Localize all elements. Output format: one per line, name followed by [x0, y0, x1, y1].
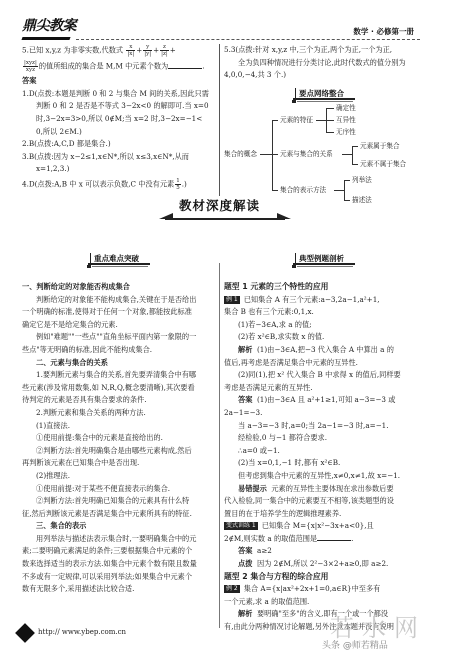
paragraph-line: ①使用前提:集合中的元素是直接给出的. [22, 432, 216, 445]
paragraph-line: 征,然后判断该元素是否满足集合中元素所具有的特征. [22, 508, 216, 521]
header-dotted-rule [76, 39, 420, 40]
paragraph-line: ∴a=0 或−1. [224, 445, 430, 458]
answer-line: 时,3−2x=3>0,所以 0∉M;当 x=2 时,3−2x=−1< [22, 113, 216, 126]
tree-leaf: 元素不属于集合 [360, 160, 406, 169]
paragraph-line: 些元素(涉及常用数集,如 N,R,Q,概念要清晰),其次要看 [22, 382, 216, 395]
fraction-x: x|x| [126, 44, 135, 57]
question-5-cont: |xyz|xyz的值所组成的集合是 M,M 中元素个数为. [22, 60, 216, 73]
watermark-sub: 头条 @师若精品 [322, 640, 388, 653]
paragraph-line: 待判定的元素是否具有集合要求的条件. [22, 394, 216, 407]
type-1-heading: 题型 1 元素的三个特性的应用 [224, 281, 430, 294]
answer-line: 3.B(点拨:因为 x−2≤1,x∈N*,所以 x≤3,x∈N*,从而 [22, 151, 216, 164]
paragraph-line: 素;二要明确元素满足的条件;三要根据集合中元素的个 [22, 545, 216, 558]
answer-line: 判断 0 和 2 是否是不等式 3−2x<0 的解即可.当 x=0 [22, 100, 216, 113]
paragraph-line: (2)同(1),把 x² 代入集合 B 中求得 x 的值后,同样要 [224, 369, 430, 382]
brand-logo: 鼎尖教案 [22, 20, 76, 33]
practice-tag: 变式训练 1 [224, 522, 258, 530]
practice-1: 变式训练 1已知集合 M={x|x²−3x+a<0},且 [224, 520, 430, 533]
heading-3: 三、集合的表示 [22, 520, 216, 533]
section-title: 教材深度解读 [179, 200, 260, 213]
watermark: 若水网 [330, 622, 426, 635]
example-tag: 例 2 [224, 585, 240, 593]
column-divider-top [219, 44, 220, 196]
analysis-1: 解析 (1)由−3∈A,把−3 代入集合 A 中算出 a 的 [224, 344, 430, 357]
banner-key-network: 要点网络整合 [293, 88, 363, 104]
tree-root: 集合的概念 [224, 150, 257, 159]
top-left-column: 5.已知 x,y,z 为非零实数,代数式 x|x|+y|y|+z|z|+ |xy… [22, 44, 216, 191]
fraction-xyz: |xyz|xyz [23, 60, 38, 73]
paragraph-line: 集合 B 也有三个元素:0,1,x. [224, 306, 430, 319]
answer-5-line: 全为负四种情况进行分类讨论,此时代数式的值分别为 [224, 57, 430, 70]
paragraph-line: 考虑是否满足元素的互异性. [224, 382, 430, 395]
paragraph-line: 些点"等无明确的标准,因此不能构成集合. [22, 344, 216, 357]
paragraph-line: 当 a−3=−3 时,a=0;当 2a−1=−3 时,a=−1. [224, 420, 430, 433]
paragraph-line: 一个元素,求 a 的取值范围. [224, 596, 430, 609]
section-banner: 教材深度解读 [165, 199, 285, 221]
method-heading: (2)推理法. [22, 470, 216, 483]
answer-line: 2.B(点拨:A,C,D 都是集合.) [22, 138, 216, 151]
paragraph-line: 例如"难题""一些点""直角坐标平面内第一象限的一 [22, 331, 216, 344]
tree-leaf: 列举法 [352, 176, 372, 185]
answer-blank [317, 533, 351, 541]
paragraph-line: 代入检验,同一集合中的元素要互不相等,该类题型的设 [224, 495, 430, 508]
tree-branch-relation: 元素与集合的关系 [280, 150, 333, 159]
answer-5-line: 4,0,0,−4,共 3 个.) [224, 69, 430, 82]
paragraph-line: 再判断该元素在已知集合中是否出现. [22, 457, 216, 470]
paragraph-line: 判断给定的对象能不能构成集合,关键在于是否给出 [22, 294, 216, 307]
question-line: (1)若−3∈A,求 a 的值; [224, 319, 430, 332]
answer-line: x=1,2,3.) [22, 163, 216, 176]
paragraph-line: 但考虑到集合中元素的互异性,x≠0,x≠1,故 x=−1. [224, 470, 430, 483]
tree-leaf: 描述法 [352, 196, 372, 205]
diamond-icon [15, 623, 35, 643]
paragraph-line: 数有无限多个,采用描述法比较合适. [22, 583, 216, 596]
book-title: 数学 · 必修第一册 [353, 26, 414, 39]
paragraph-line: ②判断方法:首先明确已知集合的元素具有什么特 [22, 495, 216, 508]
column-divider-bottom [219, 263, 220, 628]
example-1: 例 1已知集合 A 有三个元素:a−3,2a−1,a²+1, [224, 294, 430, 307]
left-column-body: 一、判断给定的对象能否构成集合 判断给定的对象能不能构成集合,关键在于是否给出 … [22, 281, 216, 596]
right-column-body: 题型 1 元素的三个特性的应用 例 1已知集合 A 有三个元素:a−3,2a−1… [224, 281, 430, 634]
answer-5-line: 5.3(点拨:针对 x,y,z 中,三个为正,两个为正,一个为正, [224, 44, 430, 57]
heading-1: 一、判断给定的对象能否构成集合 [22, 281, 216, 294]
paragraph-line: 确定它是不是给定集合的元素. [22, 319, 216, 332]
fraction-y: y|y| [143, 44, 152, 57]
tree-leaf: 确定性 [336, 104, 356, 113]
answer-line: 0,所以 2∈M.) [22, 126, 216, 139]
paragraph-line: 值后,再考虑是否满足集合中元素的互异性. [224, 357, 430, 370]
tree-leaf: 元素属于集合 [360, 142, 400, 151]
question-5: 5.已知 x,y,z 为非零实数,代数式 x|x|+y|y|+z|z|+ [22, 44, 216, 57]
answer-1: 答案 (1)由−3∈A 且 a²+1≥1,可知 a−3=−3 或 [224, 394, 430, 407]
brand-underline [21, 37, 70, 40]
paragraph-line: 数来选择适当的表示方法.如集合中元素个数有限且数量 [22, 558, 216, 571]
fraction-one-fifth: 15 [175, 178, 181, 191]
tree-branch-features: 元素的特征 [280, 116, 313, 125]
example-2: 例 2集合 A={x|ax²+2x+1=0,a∈R}中至多有 [224, 583, 430, 596]
example-tag: 例 1 [224, 296, 240, 304]
tree-leaf: 互异性 [336, 116, 356, 125]
top-right-column: 5.3(点拨:针对 x,y,z 中,三个为正,两个为正,一个为正, 全为负四种情… [224, 44, 430, 82]
paragraph-line: 置目的在于培养学生的逻辑推理素养. [224, 508, 430, 521]
footer-url[interactable]: http:// www.ybep.com.cn [38, 626, 126, 639]
paragraph-line: 1.要判断元素与集合的关系,首先要弄清集合中有哪 [22, 369, 216, 382]
heading-2: 二、元素与集合的关系 [22, 357, 216, 370]
answer-blank [168, 61, 202, 69]
practice-point: 点拨 因为 2∉M,所以 2²−3×2+a≥0,即 a≥2. [224, 558, 430, 571]
question-line: (2)若 x²∈B,求实数 x 的值. [224, 331, 430, 344]
paragraph-line: ②判断方法:首先明确集合是由哪些元素构成,然后 [22, 445, 216, 458]
paragraph-line: 一个明确的标准,使得对于任何一个对象,都能按此标准 [22, 306, 216, 319]
type-2-heading: 题型 2 集合与方程的综合应用 [224, 571, 430, 584]
paragraph-line: (2)当 x=0,1,−1 时,都有 x²∈B. [224, 457, 430, 470]
paragraph-line: ①使用前提:对于某些不便直接表示的集合. [22, 483, 216, 496]
paragraph-line: 经检验,0 与−1 都符合要求. [224, 432, 430, 445]
practice-answer: 答案 a≥2 [224, 545, 430, 558]
tree-branch-representation: 集合的表示方法 [280, 186, 326, 195]
tip: 易错提示 元素的互异性主要体现在求出参数后要 [224, 483, 430, 496]
paragraph-line: 不多或有一定规律,可以采用列举法;如果集合中元素个 [22, 571, 216, 584]
answer-line: 1.D(点拨:本题是判断 0 和 2 与集合 M 间的关系,因此只需 [22, 88, 216, 101]
tree-leaf: 无序性 [336, 128, 356, 137]
answer-line-4: 4.D(点拨:A,B 中 x 可以表示负数,C 中没有元素15.) [22, 178, 216, 191]
fraction-z: z|z| [160, 44, 169, 57]
banner-key-points: 重点难点突破 [88, 253, 158, 269]
method-heading: (1)直接法. [22, 420, 216, 433]
banner-typical-examples: 典型例题剖析 [293, 253, 363, 269]
paragraph-line: 2.判断元素和集合关系的两种方法. [22, 407, 216, 420]
concept-tree: 集合的概念 元素的特征 确定性 互异性 无序性 元素与集合的关系 元素属于集合 … [224, 110, 430, 200]
paragraph-line: 用列举法与描述法表示集合时,一要明确集合中的元 [22, 533, 216, 546]
practice-1-cont: 2∉M,则实数 a 的取值范围是. [224, 533, 430, 546]
paragraph-line: 2a−1=−3. [224, 407, 430, 420]
answer-label: 答案 [22, 75, 216, 88]
